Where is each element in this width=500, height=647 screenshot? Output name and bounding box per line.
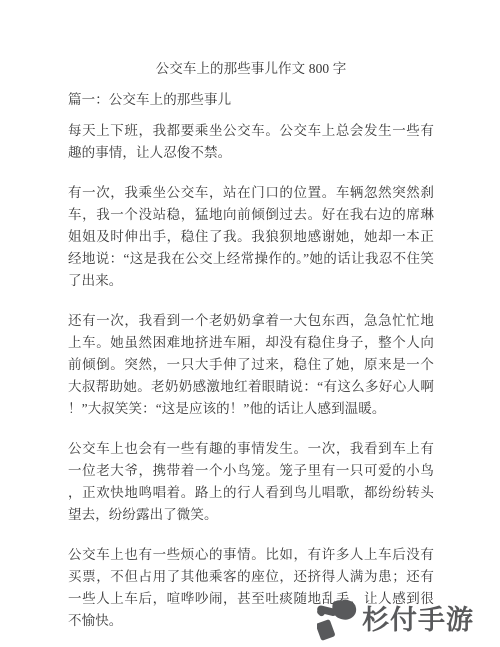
watermark-label: 杉付手游 — [362, 607, 474, 634]
section-heading: 篇一：公交车上的那些事儿 — [68, 89, 434, 111]
watermark: 杉付手游 — [317, 599, 474, 641]
hand-with-card-icon — [317, 599, 357, 641]
paragraph: 有一次，我乘坐公交车，站在门口的位置。车辆忽然突然刹车，我一个没站稳，猛地向前倾… — [68, 182, 434, 292]
page-title: 公交车上的那些事儿作文 800 字 — [68, 58, 434, 80]
paragraph: 公交车上也会有一些有趣的事情发生。一次，我看到车上有一位老大爷，携带着一个小鸟笼… — [68, 438, 434, 526]
paragraph: 还有一次，我看到一个老奶奶拿着一大包东西，急急忙忙地上车。她虽然困难地挤进车厢，… — [68, 310, 434, 420]
paragraph: 每天上下班，我都要乘坐公交车。公交车上总会发生一些有趣的事情，让人忍俊不禁。 — [68, 120, 434, 164]
document-page: 公交车上的那些事儿作文 800 字 篇一：公交车上的那些事儿 每天上下班，我都要… — [68, 58, 434, 647]
